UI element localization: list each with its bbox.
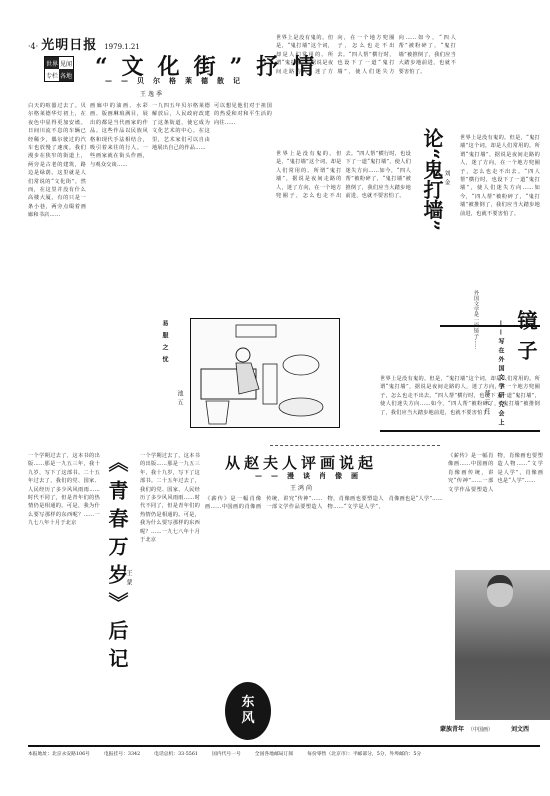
photo-medium: （中国画） <box>468 726 493 733</box>
article1-column: 白天的喧嚣过去了。贝尔格莱德华灯初上，在夜色中显得更加安谧。日间川流不息的车辆已… <box>28 102 86 447</box>
footer-telegram: 电报挂号：3342 <box>104 750 140 757</box>
article1-column: 可以想见他们对于祖国的热爱和对和平生活的向往…… <box>214 102 272 312</box>
footer-rule <box>28 745 540 747</box>
cartoon-drawing-icon <box>191 319 341 429</box>
column-badge: 世界 见闻 专栏 各地 <box>44 56 74 82</box>
article4-title: 《青春万岁》后记 <box>103 452 132 676</box>
article3-poem: 外国文学是一面镜子…… <box>440 290 480 370</box>
dongfeng-seal-icon: 东 风 <box>225 682 271 740</box>
photo-artist: 刘文西 <box>511 724 529 733</box>
article4-body: 一个学期过去了，这本书的出版……那是一九五三年，我十九岁，写下了这部书。二十五年… <box>28 452 100 742</box>
article5-title: 从赵夫人评画说起 <box>225 452 377 473</box>
divider <box>380 430 540 432</box>
article3-title: 镜子 <box>512 310 541 370</box>
footer-address: 本报地址：北京永安路106号 <box>28 750 90 757</box>
article3-subtitle: ——写在外国文学研究会上 <box>496 320 505 428</box>
footer-phone: 电话总机：33·5561 <box>154 750 198 757</box>
article5-body: 《薪传》是一幅肖像画……中国画的肖像画传统，讲究“传神”……一部文学作品要塑造人… <box>448 452 543 567</box>
footer: 本报地址：北京永安路106号 电报挂号：3342 电话总机：33·5561 国内… <box>28 750 538 757</box>
article5-byline: 王鸿尚 <box>290 483 314 492</box>
photo-title: 蒙族青年 <box>440 724 464 733</box>
dashed-divider <box>270 445 440 446</box>
portrait-head-icon <box>487 575 513 607</box>
article1-byline: 王逸季 <box>140 89 164 98</box>
article2-author: 刘金 <box>442 170 451 188</box>
photo-caption: 蒙族青年 （中国画） 刘文西 <box>440 724 529 733</box>
article1-subtitle: ——贝尔格莱德散记 <box>105 76 249 86</box>
article5-subtitle: ——漫谈肖像画 <box>255 471 367 481</box>
footer-price: 每份零售（北京市）：平邮部分，5分，外埠邮价：5分 <box>307 750 421 757</box>
badge-cell: 世界 <box>45 57 59 69</box>
article1-column: 画廊中的油画、水彩画、版画琳琅满目，展出的都是当代画家的作品。这些作品以民族风格… <box>90 102 148 447</box>
article4-body: 一个学期过去了，这本书的出版……那是一九五三年，我十九岁，写下了这部书。二十五年… <box>140 452 200 742</box>
page-number: ·4· <box>28 42 38 51</box>
cartoon-illustration <box>190 318 340 428</box>
footer-subscription: 全国各地邮局订阅 <box>255 750 293 757</box>
badge-cell: 各地 <box>59 69 73 81</box>
badge-cell: 见闻 <box>59 57 73 69</box>
article4-author: 王蒙 <box>124 570 133 588</box>
badge-cell: 专栏 <box>45 69 59 81</box>
article1-column: 一九四五年贝尔格莱德解放后，人民政府改建了这条街道，使它成为文化艺术的中心。在这… <box>152 102 210 312</box>
article3-author: 蔡元任 <box>482 390 491 417</box>
newspaper-name: 光明日报 <box>41 34 97 53</box>
cartoon-title: 易服之忧 <box>160 320 169 368</box>
footer-post: 国内代号一号 <box>212 750 241 757</box>
article3-body: 世界上是没有鬼的。但是，“鬼打墙”这个词，却是人们常用的。所谓“鬼打墙”，据说是… <box>380 375 540 427</box>
cartoon-artist: 池五 <box>175 390 184 408</box>
